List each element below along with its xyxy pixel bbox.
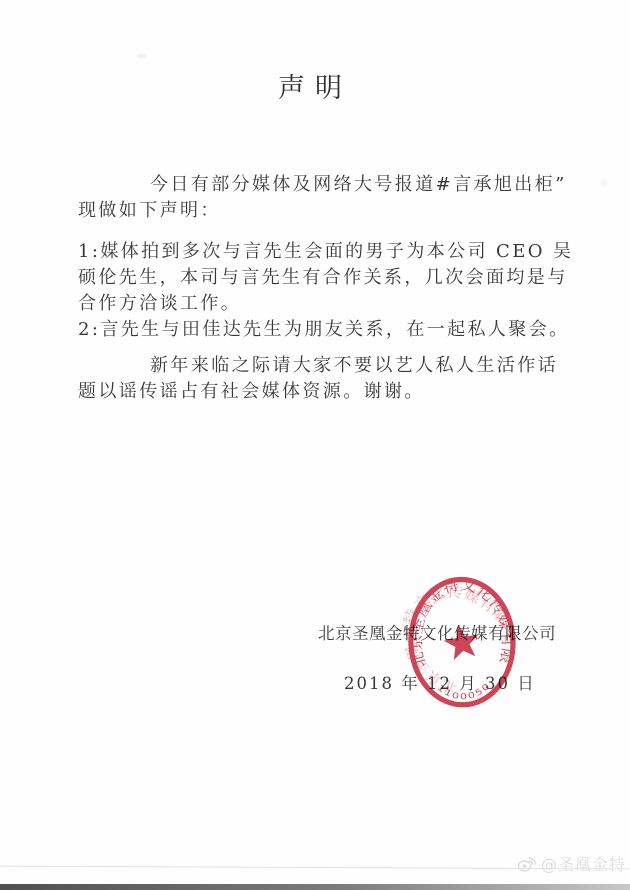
body-line: 硕伦先生，本司与言先生有合作关系，几次会面均是与 <box>78 265 560 291</box>
body-line: 现做如下声明： <box>78 198 560 224</box>
body-line: 题以谣传谣占有社会媒体资源。谢谢。 <box>78 379 560 405</box>
page-title: 声明 <box>0 66 630 105</box>
body-line: 今日有部分媒体及网络大号报道#言承旭出柜” <box>78 172 560 198</box>
scan-smudge <box>598 178 610 188</box>
seal-graphic: 北京圣凰金特文化传媒有限公司 北京圣凰金特文化传媒有限公司 1100050896 <box>402 570 523 716</box>
body-line: 2:言先生与田佳达先生为朋友关系，在一起私人聚会。 <box>78 317 560 343</box>
scan-smudge <box>134 52 148 60</box>
body-line: 新年来临之际请大家不要以艺人私人生活作话 <box>78 353 560 379</box>
watermark-handle: @圣凰金特 <box>541 852 626 875</box>
paper-bottom-shadow <box>0 884 630 890</box>
body-line: 合作方洽谈工作。 <box>78 291 560 317</box>
company-seal: 北京圣凰金特文化传媒有限公司 北京圣凰金特文化传媒有限公司 1100050896 <box>402 570 523 716</box>
star-icon <box>441 622 482 661</box>
weibo-icon <box>516 855 538 873</box>
body-line: 1:媒体拍到多次与言先生会面的男子为本公司 CEO 吴 <box>78 239 560 265</box>
scanned-statement-page: { "document": { "title": "声明", "body_lin… <box>0 0 630 890</box>
weibo-watermark: @圣凰金特 <box>516 852 626 875</box>
statement-body: 今日有部分媒体及网络大号报道#言承旭出柜” 现做如下声明： 1:媒体拍到多次与言… <box>78 172 560 405</box>
